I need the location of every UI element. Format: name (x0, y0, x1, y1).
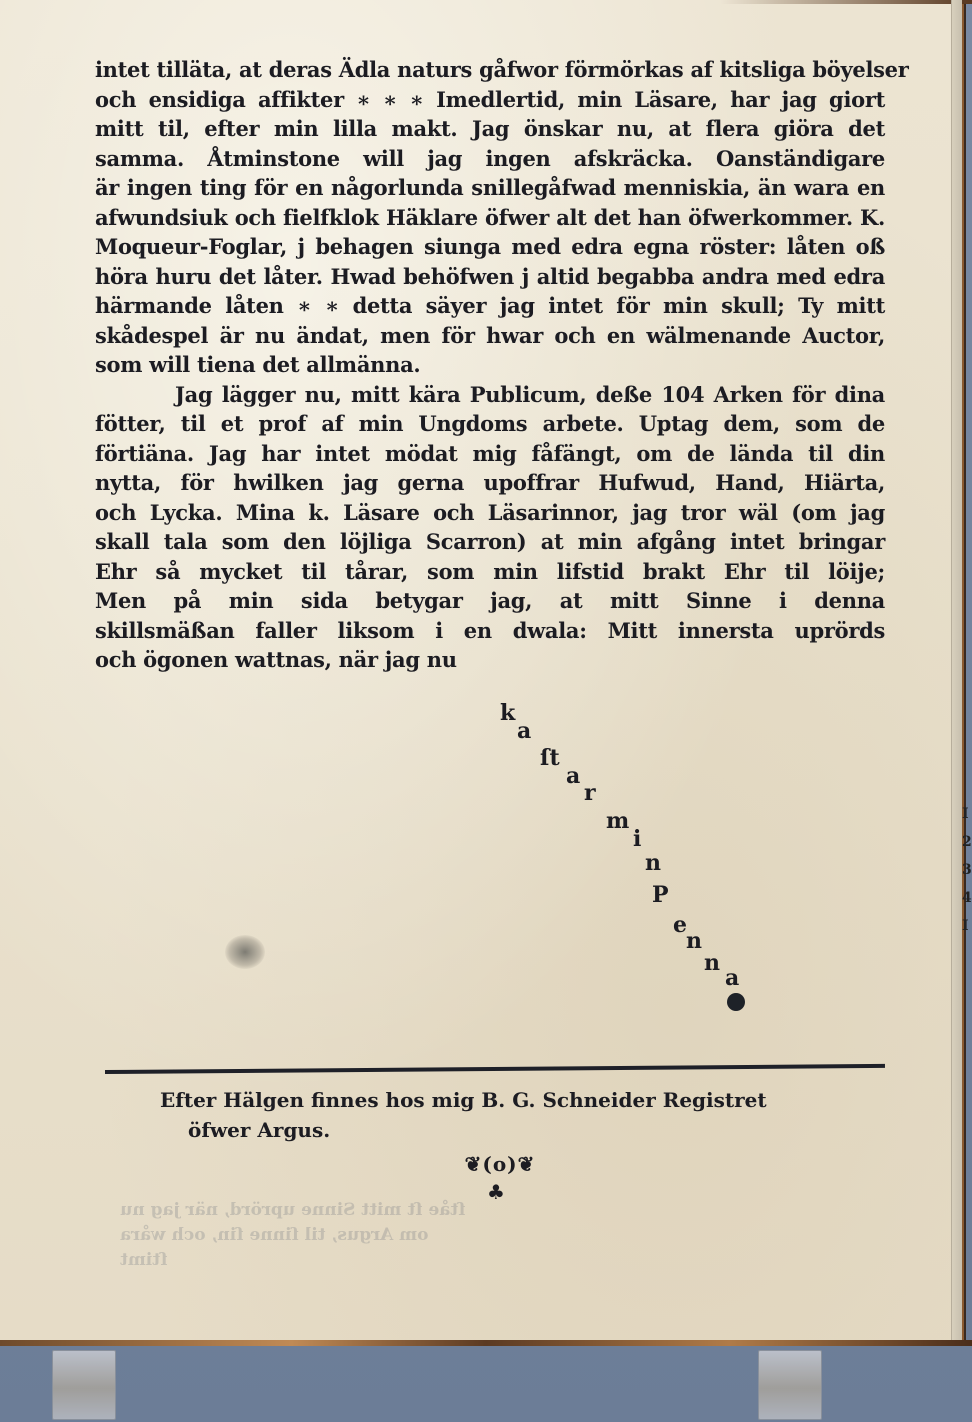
margin-mark: 4 (962, 884, 972, 912)
bleed-through-line: om Argus, til ſinne ſin, och wåra (120, 1225, 429, 1245)
text-line: Men på min sida betygar jag, at mitt Sin… (95, 586, 885, 616)
footer-note: Efter Hälgen finnes hos mig B. G. Schnei… (160, 1085, 885, 1145)
falling-letter: ſt (540, 745, 560, 771)
falling-letter: n (686, 928, 702, 954)
falling-letter: m (606, 808, 629, 834)
text-line: härmande låten ∗ ∗ detta säyer jag intet… (95, 291, 885, 321)
text-line: och ögonen wattnas, när jag nu (95, 645, 885, 675)
text-line: afwundsiuk och fielfklok Häklare öfwer a… (95, 203, 885, 233)
printer-ornament: ❦(o)❦ (410, 1152, 590, 1176)
footer-line-1: Efter Hälgen finnes hos mig B. G. Schnei… (160, 1088, 767, 1112)
text-line: skall tala som den löjliga Scarron) at m… (95, 527, 885, 557)
ink-stain (225, 935, 265, 969)
text-line: och Lycka. Mina k. Läsare och Läsarinnor… (95, 498, 885, 528)
page-bottom-edge (0, 1340, 972, 1346)
margin-mark: I (962, 912, 972, 940)
footer-line-2: öfwer Argus. (160, 1115, 885, 1145)
margin-mark: I (962, 800, 972, 828)
page-right-edge (951, 0, 962, 1342)
text-line: fötter, til et prof af min Ungdoms arbet… (95, 409, 885, 439)
text-line: skillsmäßan faller liksom i en dwala: Mi… (95, 616, 885, 646)
falling-letter: e (673, 912, 687, 938)
scanner-clip-left (52, 1350, 116, 1420)
ornament-drop-icon: ♣ (486, 1180, 506, 1204)
text-line: samma. Åtminstone will jag ingen afskräc… (95, 144, 885, 174)
page-top-edge (720, 0, 972, 4)
falling-letter: r (584, 780, 596, 806)
text-line: är ingen ting för en någorlunda snillegå… (95, 173, 885, 203)
text-line: skådespel är nu ändat, men för hwar och … (95, 321, 885, 351)
text-line: Moqueur-Foglar, j behagen siunga med edr… (95, 232, 885, 262)
text-line: höra huru det låter. Hwad behöfwen j alt… (95, 262, 885, 292)
text-line: och ensidiga affikter ∗ ∗ ∗ Imedlertid, … (95, 85, 885, 115)
falling-letter: a (566, 763, 580, 789)
body-text: intet tilläta, at deras Ädla naturs gåfw… (95, 55, 885, 675)
falling-letter: n (645, 850, 661, 876)
text-line: förtiäna. Jag har intet mödat mig fåfäng… (95, 439, 885, 469)
scanner-clip-right (758, 1350, 822, 1420)
text-line: som will tiena det allmänna. (95, 350, 885, 380)
bleed-through-line: ſtimt (120, 1250, 167, 1270)
falling-letter: P (652, 882, 669, 908)
margin-mark: 2 (962, 828, 972, 856)
text-line: mitt til, efter min lilla makt. Jag önsk… (95, 114, 885, 144)
text-line: Ehr så mycket til tårar, som min lifstid… (95, 557, 885, 587)
falling-letter: k (500, 700, 515, 726)
book-page: ſtåe ſt mitt Sinne uprörd, när jag nu om… (0, 0, 962, 1342)
horizontal-rule (105, 1064, 885, 1074)
falling-letter: a (517, 718, 531, 744)
falling-letter: i (633, 826, 641, 852)
margin-mark: 3 (962, 856, 972, 884)
falling-letter: n (704, 950, 720, 976)
text-line: nytta, för hwilken jag gerna upoffrar Hu… (95, 468, 885, 498)
falling-letter: a (725, 965, 739, 991)
bleed-through-line: ſtåe ſt mitt Sinne uprörd, när jag nu (120, 1200, 465, 1220)
text-line: Jag lägger nu, mitt kära Publicum, deße … (95, 380, 885, 410)
text-line: intet tilläta, at deras Ädla naturs gåfw… (95, 55, 885, 85)
margin-marks: I 2 3 4 I (962, 800, 972, 940)
full-stop-dot (727, 993, 745, 1011)
